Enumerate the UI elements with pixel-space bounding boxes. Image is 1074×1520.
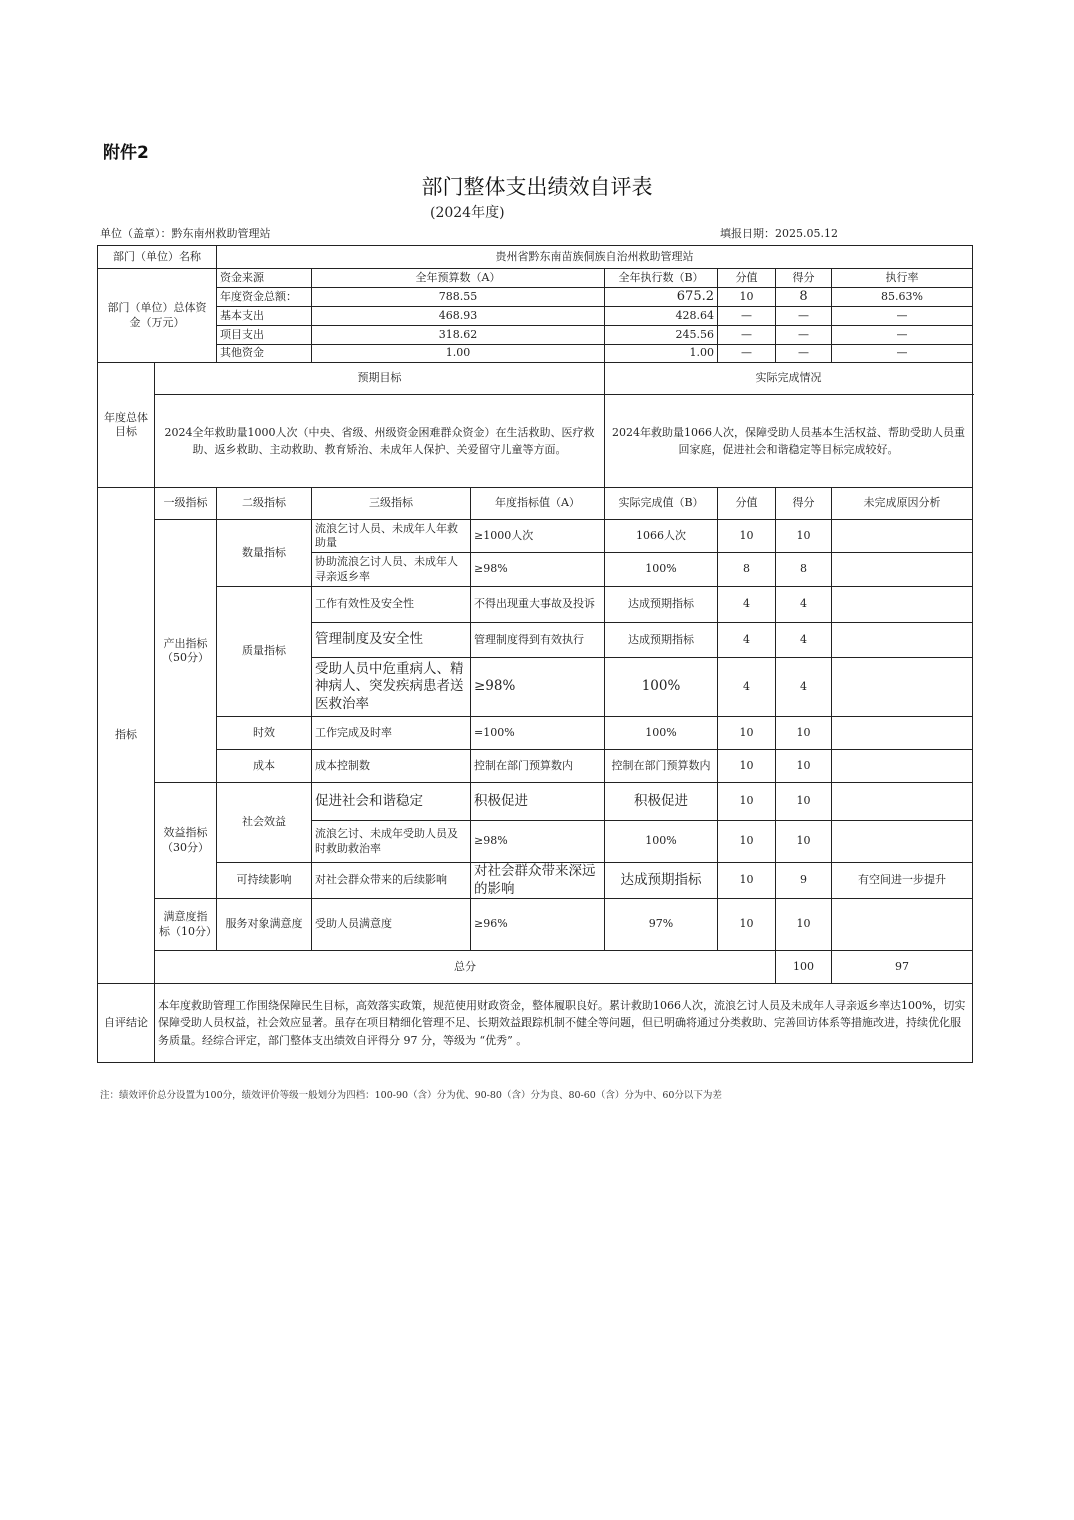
indicator-reason [832,520,973,553]
funding-col-source: 资金来源 [217,269,312,288]
funding-budget: 1.00 [312,345,605,363]
total-score: 97 [832,951,973,984]
funding-budget: 318.62 [312,326,605,345]
indicator-target: ≥98% [471,553,605,587]
indicator-actual: 97% [605,899,718,951]
level2-timeliness: 时效 [217,717,312,750]
indicator-score-value: 4 [718,623,776,658]
funding-budget: 788.55 [312,288,605,307]
funding-row: 年度资金总额： 788.55 675.2 10 8 85.63% [98,288,973,307]
indicator-row: 时效 工作完成及时率 =100% 100% 10 10 [98,717,973,750]
funding-rate: 85.63% [832,288,973,307]
indicator-reason [832,717,973,750]
funding-row: 其他资金 1.00 1.00 — — — [98,345,973,363]
level2-cost: 成本 [217,750,312,783]
conclusion-row: 自评结论 本年度救助管理工作围绕保障民生目标，高效落实政策，规范使用财政资金，整… [98,984,973,1063]
indicator-score-value: 10 [718,750,776,783]
level1-output: 产出指标（50分） [155,520,217,783]
total-row: 总分 100 97 [98,951,973,984]
level3-indicator: 受助人员满意度 [312,899,471,951]
indicator-row: 效益指标（30分） 社会效益 促进社会和谐稳定 积极促进 积极促进 10 10 [98,783,973,821]
funding-row: 项目支出 318.62 245.56 — — — [98,326,973,345]
indicator-reason [832,821,973,863]
goals-body-row: 2024全年救助量1000人次（中央、省级、州级资金困难群众资金）在生活救助、医… [98,395,973,488]
funding-source: 其他资金 [217,345,312,363]
actual-goal-text: 2024年救助量1066人次，保障受助人员基本生活权益、帮助受助人员重回家庭，促… [605,395,973,488]
funding-section-label: 部门（单位）总体资金（万元） [98,269,217,363]
indicators-section-label: 指标 [98,488,155,984]
funding-rate: — [832,326,973,345]
indicator-reason: 有空间进一步提升 [832,863,973,899]
indicator-target: ≥1000人次 [471,520,605,553]
indicator-reason [832,623,973,658]
funding-score-value: 10 [718,288,776,307]
funding-executed: 428.64 [605,307,718,326]
page-title: 部门整体支出绩效自评表 [0,171,1074,201]
indicator-actual: 100% [605,717,718,750]
indicator-col-score: 得分 [776,488,832,520]
indicator-row: 成本 成本控制数 控制在部门预算数内 控制在部门预算数内 10 10 [98,750,973,783]
footnote: 注：绩效评价总分设置为100分，绩效评价等级一般划分为四档：100-90（含）分… [100,1087,722,1101]
indicator-target: =100% [471,717,605,750]
indicator-target: ≥98% [471,821,605,863]
funding-executed: 675.2 [605,288,718,307]
funding-row: 基本支出 468.93 428.64 — — — [98,307,973,326]
indicator-actual: 达成预期指标 [605,863,718,899]
indicator-actual: 积极促进 [605,783,718,821]
department-name-label: 部门（单位）名称 [98,246,217,269]
indicator-actual: 达成预期指标 [605,623,718,658]
indicator-score: 4 [776,623,832,658]
level1-satisfaction: 满意度指标（10分） [155,899,217,951]
level2-sustainable: 可持续影响 [217,863,312,899]
department-name-value: 贵州省黔东南苗族侗族自治州救助管理站 [217,246,973,269]
indicator-col-level1: 一级指标 [155,488,217,520]
indicator-score: 10 [776,899,832,951]
funding-col-score-value: 分值 [718,269,776,288]
indicator-actual: 100% [605,821,718,863]
indicator-score-value: 10 [718,899,776,951]
indicator-reason [832,658,973,717]
expected-goal-text: 2024全年救助量1000人次（中央、省级、州级资金困难群众资金）在生活救助、医… [155,395,605,488]
indicator-row: 产出指标（50分） 数量指标 流浪乞讨人员、未成年人年救助量 ≥1000人次 1… [98,520,973,553]
indicator-score: 9 [776,863,832,899]
level2-quantity: 数量指标 [217,520,312,587]
level3-indicator: 促进社会和谐稳定 [312,783,471,821]
indicator-col-score-value: 分值 [718,488,776,520]
indicator-target: 控制在部门预算数内 [471,750,605,783]
funding-col-rate: 执行率 [832,269,973,288]
indicator-col-level2: 二级指标 [217,488,312,520]
funding-rate: — [832,345,973,363]
conclusion-label: 自评结论 [98,984,155,1063]
level2-social: 社会效益 [217,783,312,863]
level3-indicator: 管理制度及安全性 [312,623,471,658]
indicator-reason [832,899,973,951]
indicator-score: 10 [776,520,832,553]
indicator-score: 10 [776,717,832,750]
expected-goal-header: 预期目标 [155,363,605,395]
indicator-col-level3: 三级指标 [312,488,471,520]
indicator-score-value: 10 [718,520,776,553]
indicator-target: 不得出现重大事故及投诉 [471,587,605,623]
indicator-score: 4 [776,658,832,717]
indicator-target: ≥98% [471,658,605,717]
indicator-score: 10 [776,750,832,783]
indicator-reason [832,783,973,821]
level3-indicator: 受助人员中危重病人、精神病人、突发疾病患者送医救治率 [312,658,471,717]
indicator-target: 对社会群众带来深远的影响 [471,863,605,899]
indicator-score-value: 4 [718,658,776,717]
level2-service: 服务对象满意度 [217,899,312,951]
funding-budget: 468.93 [312,307,605,326]
funding-source: 年度资金总额： [217,288,312,307]
funding-score: — [776,326,832,345]
funding-score-value: — [718,326,776,345]
level3-indicator: 流浪乞讨人员、未成年人年救助量 [312,520,471,553]
level3-indicator: 工作有效性及安全性 [312,587,471,623]
page-title-text: 部门整体支出绩效自评表 [422,171,653,201]
funding-source: 项目支出 [217,326,312,345]
indicator-score: 8 [776,553,832,587]
funding-score: — [776,307,832,326]
level2-quality: 质量指标 [217,587,312,717]
fill-date: 填报日期：2025.05.12 [720,225,838,241]
indicator-score-value: 10 [718,863,776,899]
indicators-header-row: 指标 一级指标 二级指标 三级指标 年度指标值（A） 实际完成值（B） 分值 得… [98,488,973,520]
indicator-score-value: 10 [718,783,776,821]
indicator-score: 10 [776,783,832,821]
indicator-reason [832,553,973,587]
indicator-score-value: 10 [718,717,776,750]
attachment-label: 附件2 [103,138,149,163]
actual-goal-header: 实际完成情况 [605,363,973,395]
indicator-actual: 100% [605,553,718,587]
funding-executed: 1.00 [605,345,718,363]
funding-source: 基本支出 [217,307,312,326]
indicator-row: 可持续影响 对社会群众带来的后续影响 对社会群众带来深远的影响 达成预期指标 1… [98,863,973,899]
indicator-row: 满意度指标（10分） 服务对象满意度 受助人员满意度 ≥96% 97% 10 1… [98,899,973,951]
indicator-actual: 达成预期指标 [605,587,718,623]
level3-indicator: 工作完成及时率 [312,717,471,750]
level3-indicator: 对社会群众带来的后续影响 [312,863,471,899]
indicator-reason [832,587,973,623]
indicator-score-value: 4 [718,587,776,623]
indicator-actual: 100% [605,658,718,717]
goals-header-row: 年度总体目标 预期目标 实际完成情况 [98,363,973,395]
indicator-target: ≥96% [471,899,605,951]
unit-label: 单位（盖章）：黔东南州救助管理站 [100,225,271,241]
indicator-target: 积极促进 [471,783,605,821]
funding-score-value: — [718,345,776,363]
goals-section-label: 年度总体目标 [98,363,155,488]
level1-benefit: 效益指标（30分） [155,783,217,899]
indicator-score: 4 [776,587,832,623]
indicator-actual: 控制在部门预算数内 [605,750,718,783]
funding-col-executed: 全年执行数（B） [605,269,718,288]
level3-indicator: 成本控制数 [312,750,471,783]
department-row: 部门（单位）名称 贵州省黔东南苗族侗族自治州救助管理站 [98,246,973,269]
level3-indicator: 协助流浪乞讨人员、未成年人寻亲返乡率 [312,553,471,587]
funding-executed: 245.56 [605,326,718,345]
indicator-row: 质量指标 工作有效性及安全性 不得出现重大事故及投诉 达成预期指标 4 4 [98,587,973,623]
indicator-reason [832,750,973,783]
conclusion-text: 本年度救助管理工作围绕保障民生目标，高效落实政策，规范使用财政资金，整体履职良好… [155,984,973,1063]
indicator-col-reason: 未完成原因分析 [832,488,973,520]
level3-indicator: 流浪乞讨、未成年受助人员及时救助救治率 [312,821,471,863]
funding-col-score: 得分 [776,269,832,288]
funding-score: — [776,345,832,363]
total-score-value: 100 [776,951,832,984]
indicator-score-value: 8 [718,553,776,587]
performance-table: 部门（单位）名称 贵州省黔东南苗族侗族自治州救助管理站 部门（单位）总体资金（万… [97,245,973,1063]
indicator-actual: 1066人次 [605,520,718,553]
indicator-col-target: 年度指标值（A） [471,488,605,520]
funding-col-budget: 全年预算数（A） [312,269,605,288]
indicator-score: 10 [776,821,832,863]
indicator-col-actual: 实际完成值（B） [605,488,718,520]
funding-header-row: 部门（单位）总体资金（万元） 资金来源 全年预算数（A） 全年执行数（B） 分值… [98,269,973,288]
funding-score-value: — [718,307,776,326]
funding-rate: — [832,307,973,326]
indicator-target: 管理制度得到有效执行 [471,623,605,658]
funding-score: 8 [776,288,832,307]
report-year: (2024年度) [430,202,505,222]
total-label: 总分 [155,951,776,984]
indicator-score-value: 10 [718,821,776,863]
